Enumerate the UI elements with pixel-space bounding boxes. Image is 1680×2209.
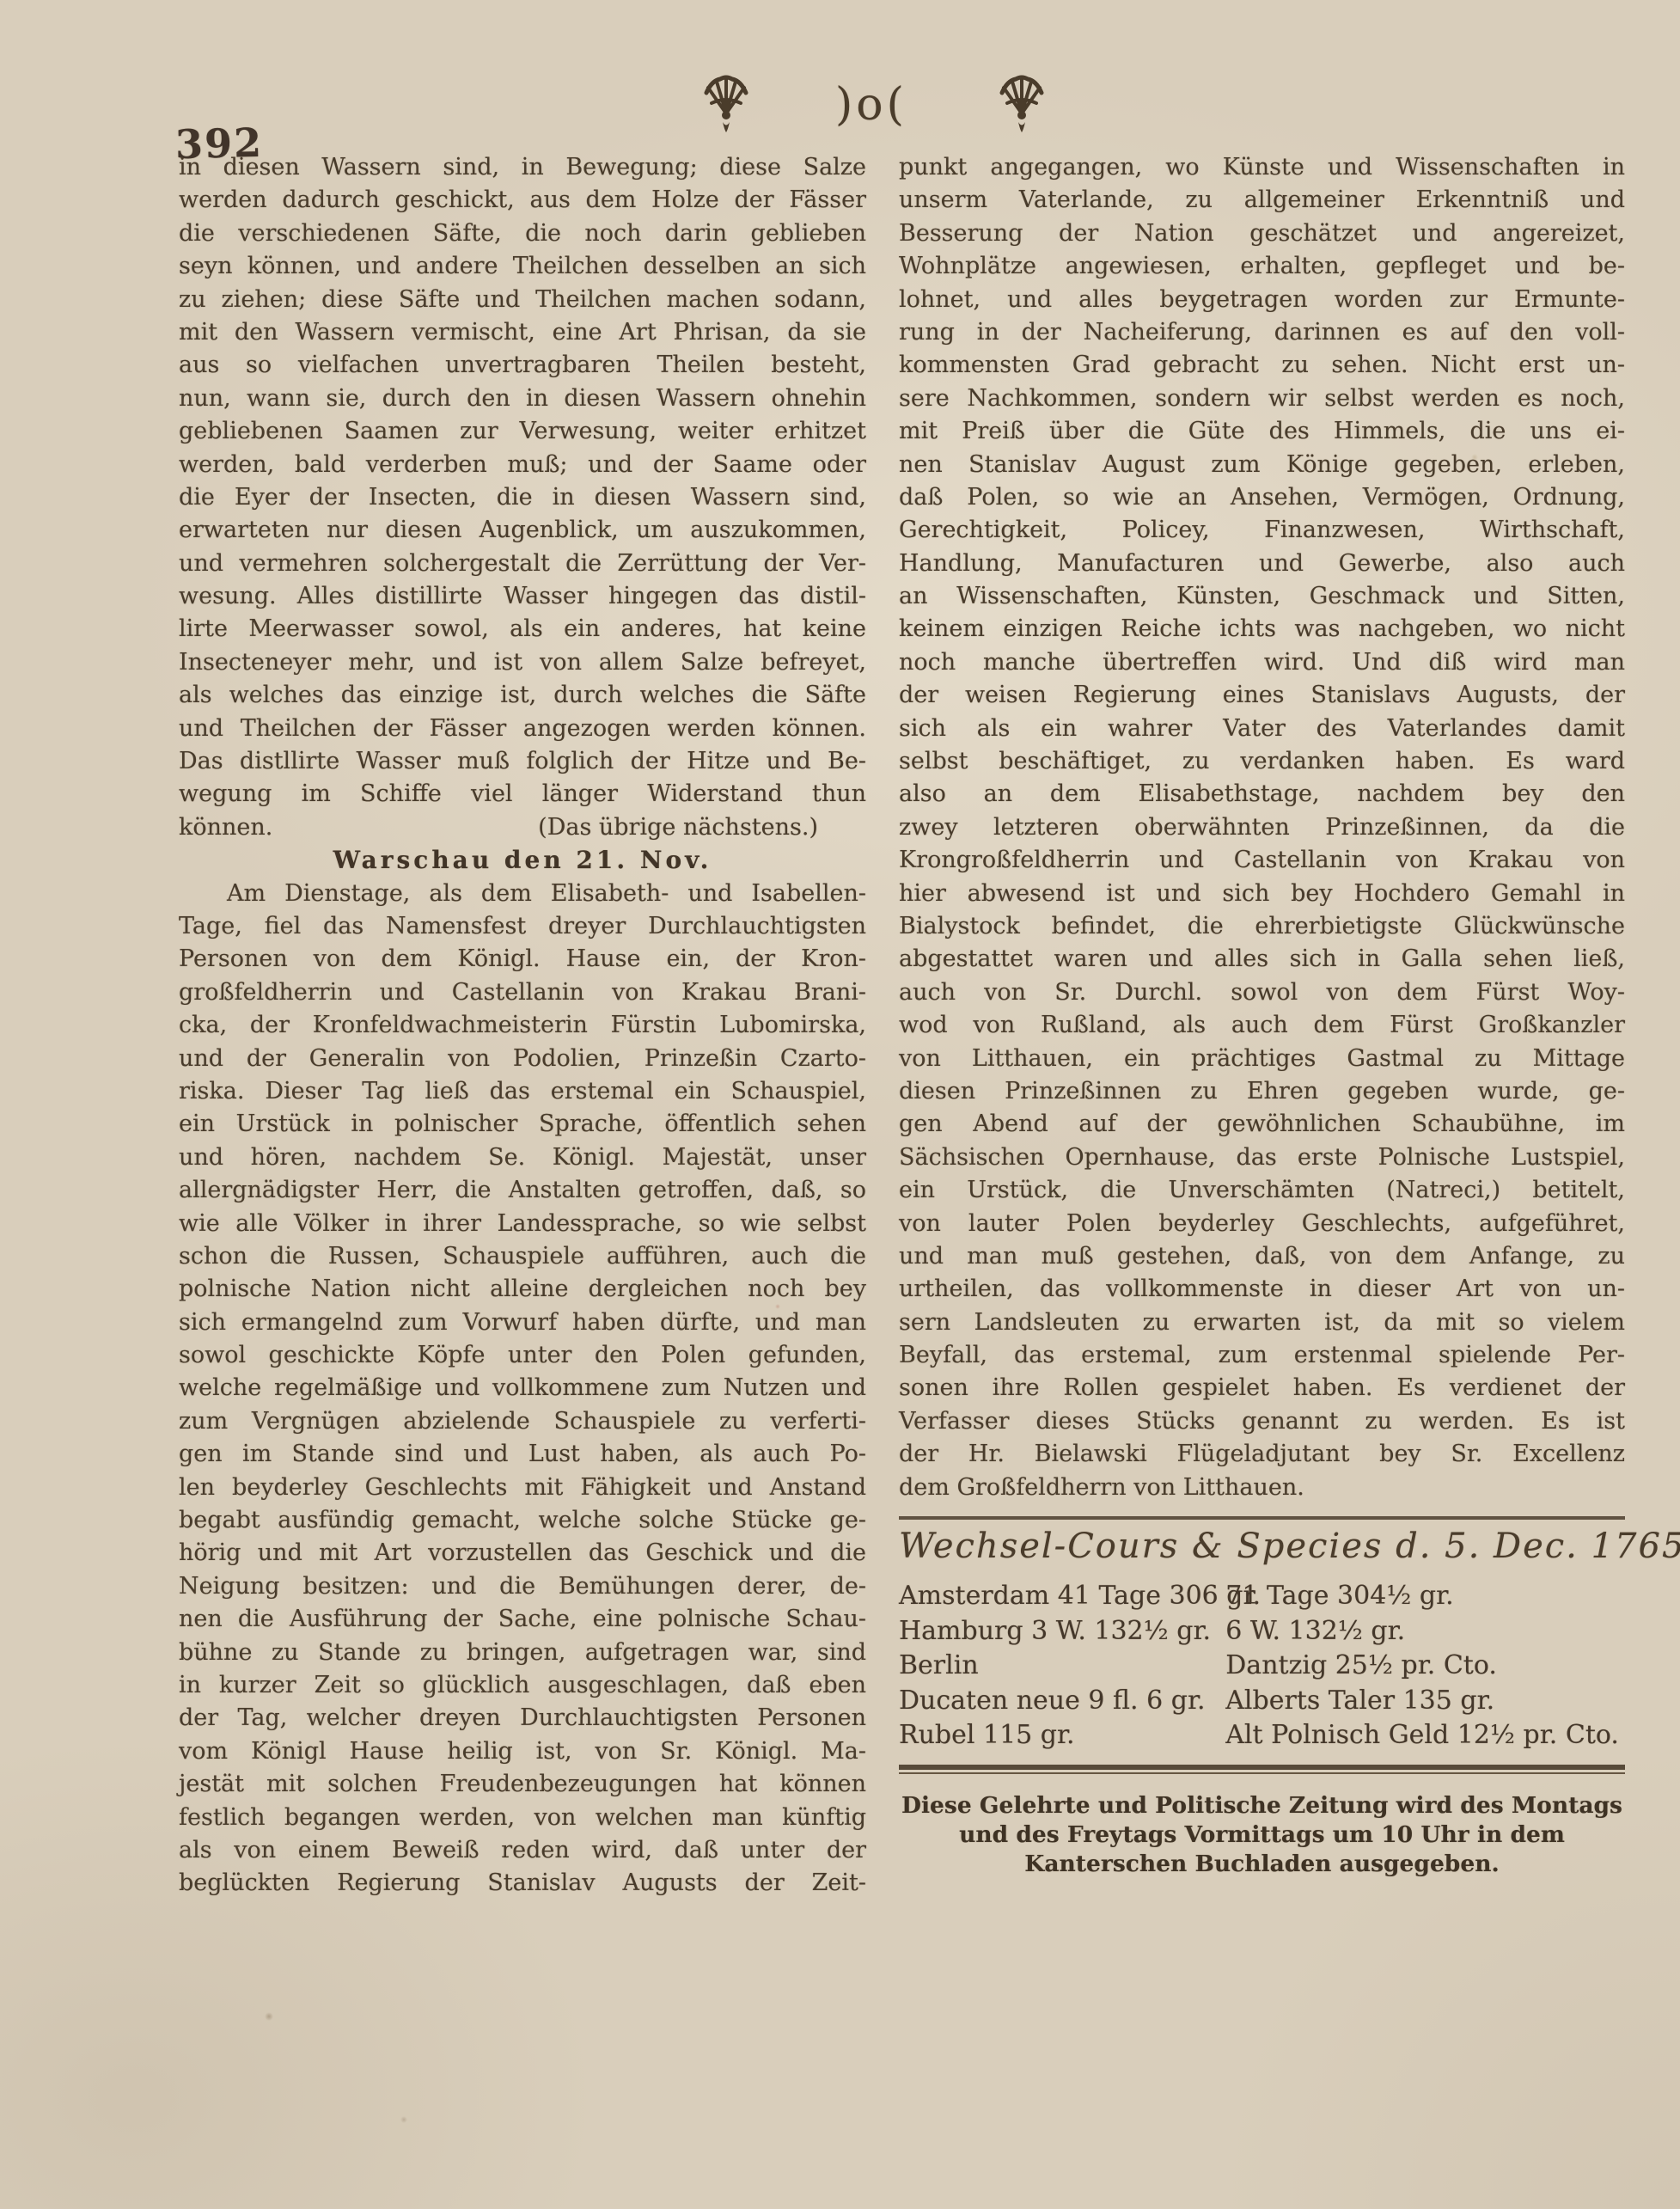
text-line: nen Stanislav August zum Könige gegeben,… [899,449,1625,481]
text-line: als von einem Beweiß reden wird, daß unt… [179,1834,866,1867]
exchange-rate-row: Amsterdam 41 Tage 306 gr.71 Tage 304½ gr… [899,1580,1625,1615]
rate-cell-left: Ducaten neue 9 fl. 6 gr. [899,1685,1225,1720]
newspaper-page-scan: { "page": { "number": "392", "ornament_m… [0,0,1680,2209]
text-line: noch manche übertreffen wird. Und diß wi… [899,646,1625,679]
text-line: Gerechtigkeit, Policey, Finanzwesen, Wir… [899,514,1625,547]
text-line: wesung. Alles distillirte Wasser hingege… [179,580,866,613]
text-line: Beyfall, das erstemal, zum erstenmal spi… [899,1339,1625,1372]
text-line: Bialystock befindet, die ehrerbietigste … [899,910,1625,943]
rate-cell-right: 6 W. 132½ gr. [1225,1615,1625,1650]
text-line: Krongroßfeldherrin und Castellanin von K… [899,844,1625,877]
text-line: nun, wann sie, durch den in diesen Wasse… [179,382,866,415]
text-line: zu ziehen; diese Säfte und Theilchen mac… [179,284,866,316]
text-line: hier abwesend ist und sich bey Hochdero … [899,878,1625,910]
text-line: Das distllirte Wasser muß folglich der H… [179,745,866,778]
footer-divider-rule [899,1765,1625,1774]
text-line: Insecteneyer mehr, und ist von allem Sal… [179,646,866,679]
rate-cell-left: Rubel 115 gr. [899,1719,1225,1754]
text-line: lohnet, und alles beygetragen worden zur… [899,284,1625,316]
section-divider-rule [899,1516,1625,1520]
warsaw-dateline: Warschau den 21. Nov. [179,844,866,877]
right-column: punkt angegangen, wo Künste und Wissensc… [899,151,1625,1877]
text-line: cka, der Kronfeldwachmeisterin Fürstin L… [179,1009,866,1042]
rate-cell-left: Berlin [899,1649,1225,1685]
text-line: riska. Dieser Tag ließ das erstemal ein … [179,1075,866,1108]
header-ornament-row: )o( [0,74,1680,151]
text-line: und Theilchen der Fässer angezogen werde… [179,713,866,745]
text-line: und hören, nachdem Se. Königl. Majestät,… [179,1141,866,1174]
text-line: unserm Vaterlande, zu allgemeiner Erkenn… [899,184,1625,217]
text-line: von Litthauen, ein prächtiges Gastmal zu… [899,1043,1625,1075]
text-line: Verfasser dieses Stücks genannt zu werde… [899,1405,1625,1438]
shell-ornament-icon [995,74,1048,141]
article-closing-word: können. [179,811,272,844]
text-line: der Hr. Bielawski Flügeladjutant bey Sr.… [899,1438,1625,1471]
center-ornament-mark: )o( [835,79,907,131]
text-line: in diesen Wassern sind, in Bewegung; die… [179,151,866,184]
text-line: seyn können, und andere Theilchen dessel… [179,250,866,283]
text-line: diesen Prinzeßinnen zu Ehren gegeben wur… [899,1075,1625,1108]
text-line: ein Urstück in polnischer Sprache, öffen… [179,1108,866,1141]
text-line: Am Dienstage, als dem Elisabeth- und Isa… [179,878,866,910]
text-line: von lauter Polen beyderley Geschlechts, … [899,1208,1625,1240]
exchange-rate-row: Rubel 115 gr.Alt Polnisch Geld 12½ pr. C… [899,1719,1625,1754]
exchange-rate-row: BerlinDantzig 25½ pr. Cto. [899,1649,1625,1685]
text-line: mit den Wassern vermischt, eine Art Phri… [179,316,866,349]
text-line: sere Nachkommen, sondern wir selbst werd… [899,382,1625,415]
text-line: und man muß gestehen, daß, von dem Anfan… [899,1240,1625,1273]
text-line: punkt angegangen, wo Künste und Wissensc… [899,151,1625,184]
text-line: lirte Meerwasser sowol, als ein anderes,… [179,613,866,646]
text-line: die verschiedenen Säfte, die noch darin … [179,217,866,250]
text-line: abgestattet waren und alles sich in Gall… [899,943,1625,976]
text-line: gen im Stande sind und Lust haben, als a… [179,1438,866,1471]
rate-cell-left: Amsterdam 41 Tage 306 gr. [899,1580,1225,1615]
text-line: hörig und mit Art vorzustellen das Gesch… [179,1537,866,1570]
text-line: jestät mit solchen Freudenbezeugungen ha… [179,1768,866,1801]
rate-cell-left: Hamburg 3 W. 132½ gr. [899,1615,1225,1650]
text-line: welche regelmäßige und vollkommene zum N… [179,1372,866,1404]
text-line: der weisen Regierung eines Stanislavs Au… [899,679,1625,712]
text-line: die Eyer der Insecten, die in diesen Was… [179,481,866,514]
exchange-rate-row: Hamburg 3 W. 132½ gr.6 W. 132½ gr. [899,1615,1625,1650]
text-line: begabt ausfündig gemacht, welche solche … [179,1504,866,1537]
text-line: Diese Gelehrte und Politische Zeitung wi… [899,1790,1625,1819]
text-line: Kanterschen Buchladen ausgegeben. [899,1848,1625,1877]
warsaw-article-right-part: punkt angegangen, wo Künste und Wissensc… [899,151,1625,1472]
exchange-rate-row: Ducaten neue 9 fl. 6 gr.Alberts Taler 13… [899,1685,1625,1720]
text-line: sich ermangelnd zum Vorwurf haben dürfte… [179,1306,866,1339]
text-line: sonen ihre Rollen gespielet haben. Es ve… [899,1372,1625,1404]
text-line: nen die Ausführung der Sache, eine polni… [179,1603,866,1636]
text-line: und vermehren solchergestalt die Zerrütt… [179,548,866,580]
text-line: wegung im Schiffe viel länger Widerstand… [179,778,866,811]
text-line: zwey letzteren oberwähnten Prinzeßinnen,… [899,811,1625,844]
text-line: keinem einzigen Reiche ichts was nachgeb… [899,613,1625,646]
text-line: Handlung, Manufacturen und Gewerbe, also… [899,548,1625,580]
text-line: Personen von dem Königl. Hause ein, der … [179,943,866,976]
text-line: polnische Nation nicht alleine dergleich… [179,1273,866,1306]
text-line: großfeldherrin und Castellanin von Kraka… [179,976,866,1009]
warsaw-article-left-part: Am Dienstage, als dem Elisabeth- und Isa… [179,878,866,1900]
text-line: und der Generalin von Podolien, Prinzeßi… [179,1043,866,1075]
article-closing-line: können. (Das übrige nächstens.) [179,811,866,844]
text-line: beglückten Regierung Stanislav Augusts d… [179,1867,866,1900]
text-line: zum Vergnügen abzielende Schauspiele zu … [179,1405,866,1438]
text-line: bühne zu Stande zu bringen, aufgetragen … [179,1637,866,1669]
text-line: Sächsischen Opernhause, das erste Polnis… [899,1141,1625,1174]
text-line: aus so vielfachen unvertragbaren Theilen… [179,349,866,382]
text-line: werden, bald verderben muß; und der Saam… [179,449,866,481]
text-line: als welches das einzige ist, durch welch… [179,679,866,712]
text-line: wod von Rußland, als auch dem Fürst Groß… [899,1009,1625,1042]
text-line: kommensten Grad gebracht zu sehen. Nicht… [899,349,1625,382]
text-line: gebliebenen Saamen zur Verwesung, weiter… [179,415,866,448]
exchange-rates-title: Wechsel-Cours & Species d. 5. Dec. 1765. [899,1530,1625,1580]
rate-cell-right: Dantzig 25½ pr. Cto. [1225,1649,1625,1685]
text-line: mit Preiß über die Güte des Himmels, die… [899,415,1625,448]
text-line: wie alle Völker in ihrer Landessprache, … [179,1208,866,1240]
warsaw-article-last-line: dem Großfeldherrn von Litthauen. [899,1472,1625,1504]
rate-cell-right: 71 Tage 304½ gr. [1225,1580,1625,1615]
rate-cell-right: Alt Polnisch Geld 12½ pr. Cto. [1225,1719,1625,1754]
text-line: schon die Russen, Schauspiele aufführen,… [179,1240,866,1273]
text-line: Wohnplätze angewiesen, erhalten, gepfleg… [899,250,1625,283]
text-line: ein Urstück, die Unverschämten (Natreci,… [899,1174,1625,1207]
text-line: vom Königl Hause heilig ist, von Sr. Kön… [179,1735,866,1768]
text-line: der Tag, welcher dreyen Durchlauchtigste… [179,1702,866,1735]
text-line: gen Abend auf der gewöhnlichen Schaubühn… [899,1108,1625,1141]
text-line: festlich begangen werden, von welchen ma… [179,1802,866,1834]
text-line: sich als ein wahrer Vater des Vaterlande… [899,713,1625,745]
text-line: Tage, fiel das Namensfest dreyer Durchla… [179,910,866,943]
text-line: werden dadurch geschickt, aus dem Holze … [179,184,866,217]
text-line: in kurzer Zeit so glücklich ausgeschlage… [179,1669,866,1702]
text-line: an Wissenschaften, Künsten, Geschmack un… [899,580,1625,613]
text-line: daß Polen, so wie an Ansehen, Vermögen, … [899,481,1625,514]
text-line: auch von Sr. Durchl. sowol von dem Fürst… [899,976,1625,1009]
shell-ornament-icon [699,74,753,141]
text-line: len beyderley Geschlechts mit Fähigkeit … [179,1472,866,1504]
text-line: sowol geschickte Köpfe unter den Polen g… [179,1339,866,1372]
publication-notice: Diese Gelehrte und Politische Zeitung wi… [899,1790,1625,1877]
exchange-rates-table: Amsterdam 41 Tage 306 gr.71 Tage 304½ gr… [899,1580,1625,1754]
text-line: selbst beschäftiget, zu verdanken haben.… [899,745,1625,778]
text-line: Neigung besitzen: und die Bemühungen der… [179,1570,866,1603]
text-line: allergnädigster Herr, die Anstalten getr… [179,1174,866,1207]
text-line: also an dem Elisabethstage, nachdem bey … [899,778,1625,811]
text-line: Besserung der Nation geschätzet und ange… [899,217,1625,250]
article-water-continuation: in diesen Wassern sind, in Bewegung; die… [179,151,866,811]
rate-cell-right: Alberts Taler 135 gr. [1225,1685,1625,1720]
text-line: urtheilen, das vollkommenste in dieser A… [899,1273,1625,1306]
text-line: erwarteten nur diesen Augenblick, um aus… [179,514,866,547]
left-column: in diesen Wassern sind, in Bewegung; die… [179,151,866,1900]
text-line: und des Freytags Vormittags um 10 Uhr in… [899,1819,1625,1848]
continuation-notice: (Das übrige nächstens.) [538,811,866,844]
text-line: rung in der Nacheiferung, darinnen es au… [899,316,1625,349]
text-line: sern Landsleuten zu erwarten ist, da mit… [899,1306,1625,1339]
